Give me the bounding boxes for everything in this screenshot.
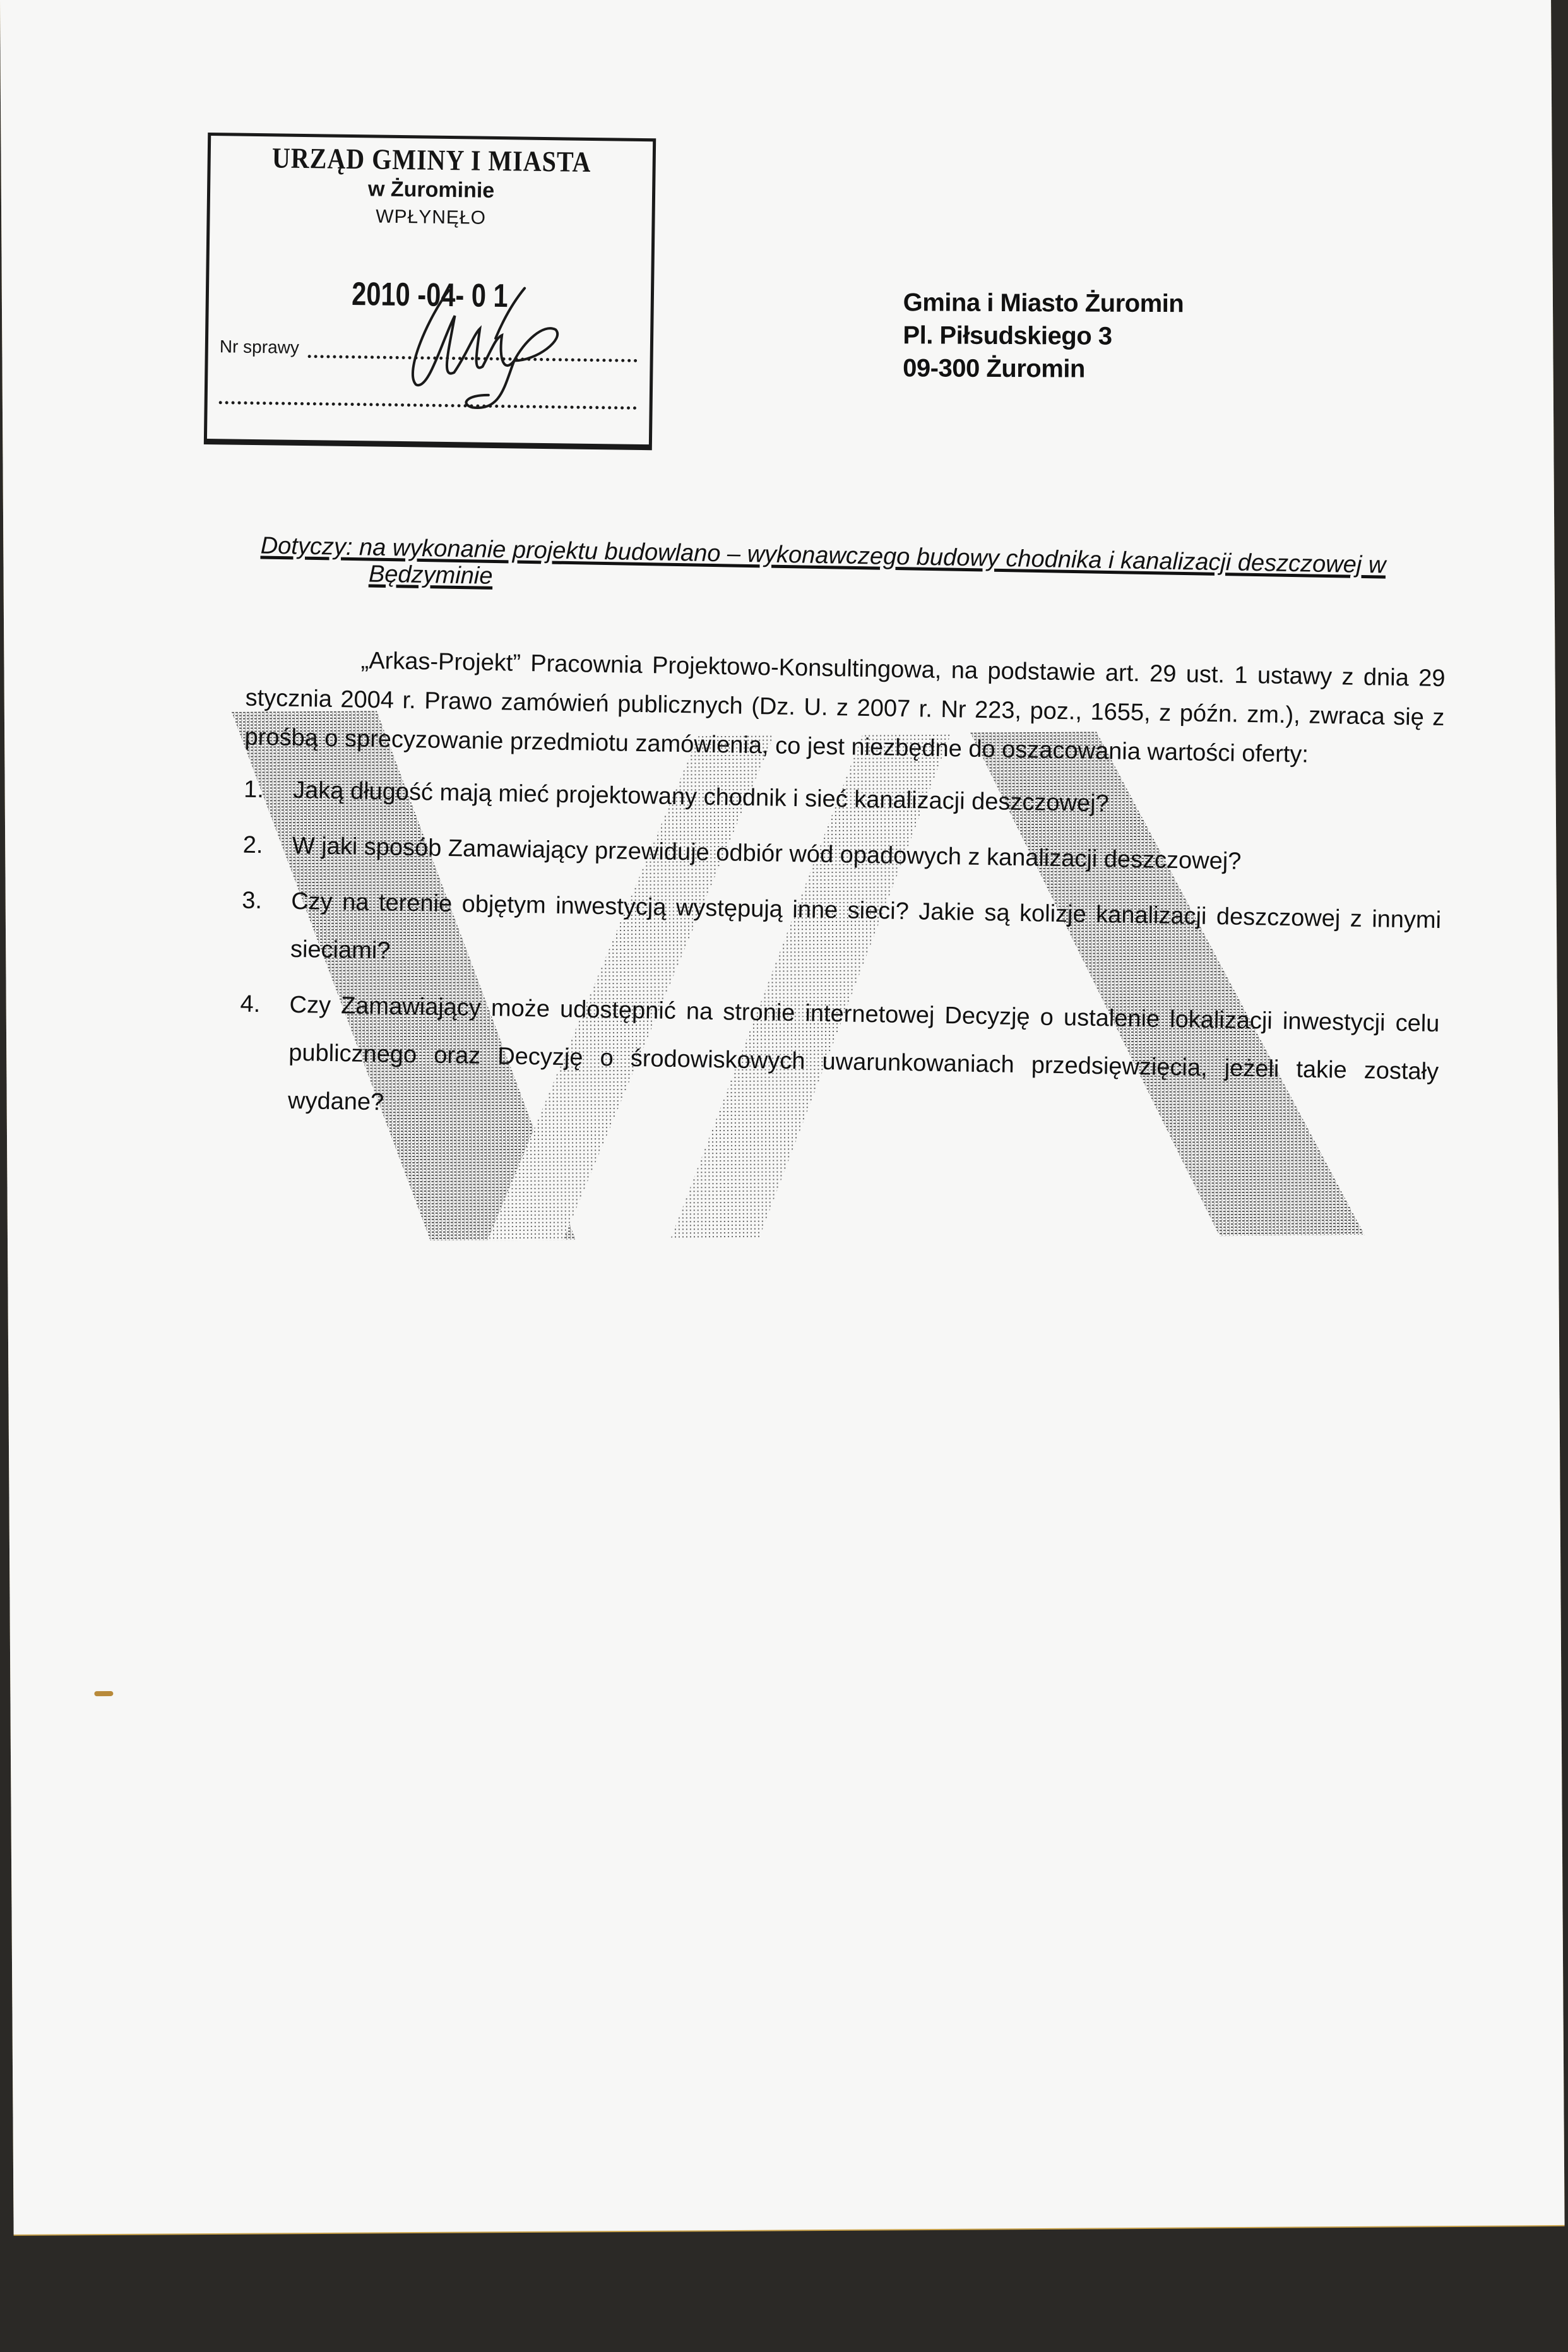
question-text: W jaki sposób Zamawiający przewiduje odb… <box>292 822 1442 889</box>
recipient-line: 09-300 Żuromin <box>903 352 1184 386</box>
question-text: Czy na terenie objętym inwestycją występ… <box>290 877 1441 992</box>
questions-list: 1. Jaką długość mają mieć projektowany c… <box>238 766 1443 1144</box>
list-item: 1. Jaką długość mają mieć projektowany c… <box>244 766 1444 833</box>
stamp-status: WPŁYNĘŁO <box>210 204 651 231</box>
scan-speck <box>94 1691 113 1696</box>
question-text: Czy Zamawiający może udostępnić na stron… <box>287 981 1440 1144</box>
stamp-office: URZĄD GMINY I MIASTA <box>210 140 653 180</box>
question-number: 1. <box>244 766 294 814</box>
recipient-address: Gmina i Miasto Żuromin Pl. Piłsudskiego … <box>903 286 1184 386</box>
stamp-location: w Żurominie <box>210 175 652 205</box>
list-item: 2. W jaki sposób Zamawiający przewiduje … <box>242 821 1442 889</box>
question-text: Jaką długość mają mieć projektowany chod… <box>293 766 1444 833</box>
stamp-case-number-label: Nr sprawy <box>220 336 299 358</box>
question-number: 2. <box>242 821 292 870</box>
question-number: 3. <box>241 877 292 973</box>
intro-paragraph: „Arkas-Projekt” Pracownia Projektowo-Kon… <box>244 639 1446 776</box>
handwritten-signature <box>377 277 569 419</box>
letter-body: „Arkas-Projekt” Pracownia Projektowo-Kon… <box>238 639 1446 1151</box>
recipient-line: Pl. Piłsudskiego 3 <box>903 319 1184 353</box>
question-number: 4. <box>238 980 290 1125</box>
list-item: 4. Czy Zamawiający może udostępnić na st… <box>238 980 1440 1144</box>
received-stamp: URZĄD GMINY I MIASTA w Żurominie WPŁYNĘŁ… <box>204 133 656 450</box>
recipient-line: Gmina i Miasto Żuromin <box>903 286 1184 320</box>
scanned-page: URZĄD GMINY I MIASTA w Żurominie WPŁYNĘŁ… <box>0 0 1565 2235</box>
list-item: 3. Czy na terenie objętym inwestycją wys… <box>241 877 1441 992</box>
subject-line: Dotyczy: na wykonanie projektu budowlano… <box>260 532 1479 607</box>
